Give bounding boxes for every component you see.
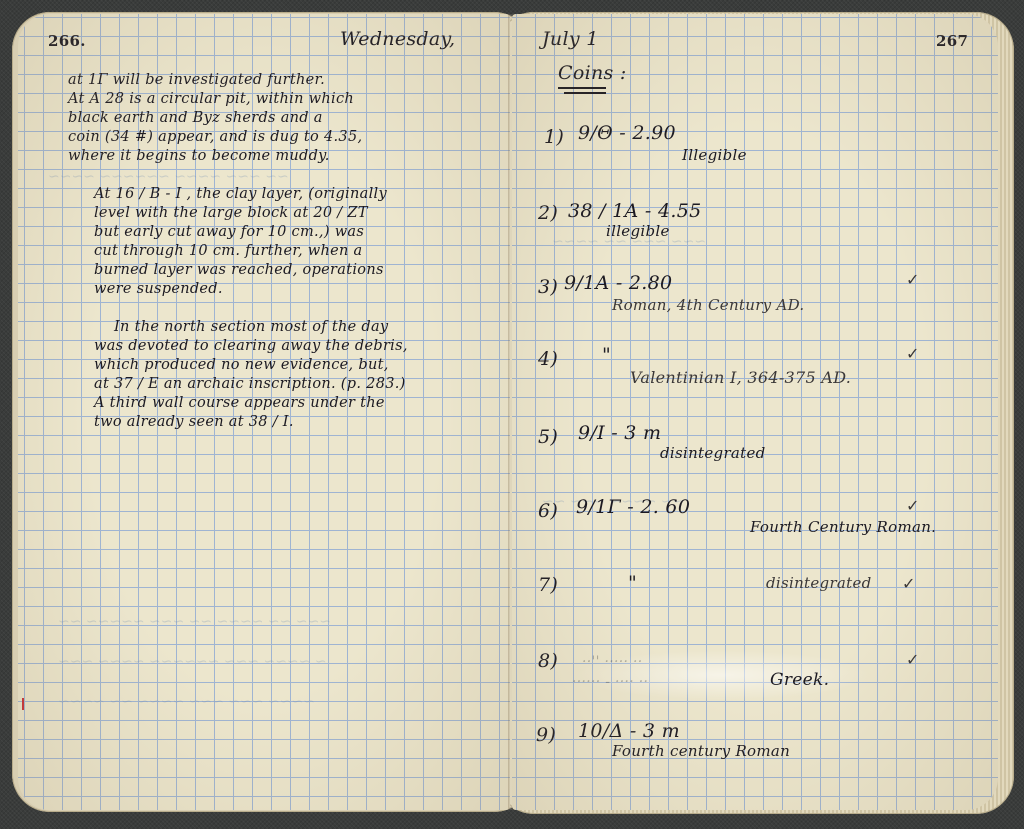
text-line: where it begins to become muddy. (68, 148, 330, 164)
checkmark-icon: ✓ (906, 496, 920, 515)
title-underline (558, 87, 606, 89)
coin-entry-number: 8) (538, 650, 558, 672)
text-line: At 16 / B - I , the clay layer, (origina… (94, 186, 387, 202)
coin-find-location: 10/Δ - 3 m (578, 720, 680, 742)
text-line: level with the large block at 20 / ZT (94, 205, 368, 221)
coin-entry-number: 6) (538, 500, 558, 522)
entry-date: July 1 (542, 28, 599, 50)
checkmark-icon: ✓ (906, 270, 920, 289)
left-page: ~~ ~~~ ~~~~ ~~~~~~ ~~~~ ~~~ ~~ ~~~~ ~~ ~… (18, 14, 510, 810)
coin-entry-number: 1) (544, 126, 564, 148)
coin-note: Roman, 4th Century AD. (612, 296, 805, 314)
coin-find-location: 9/1A - 2.80 (564, 272, 672, 294)
text-line: A third wall course appears under the (94, 395, 385, 411)
text-line: were suspended. (94, 281, 223, 297)
text-line: black earth and Byz sherds and a (68, 110, 323, 126)
coin-entry-number: 5) (538, 426, 558, 448)
red-margin-mark (22, 698, 24, 710)
coin-entry-number: 9) (536, 724, 556, 746)
coin-find-location: " (602, 344, 611, 366)
text-line: two already seen at 38 / I. (94, 414, 294, 430)
checkmark-icon: ✓ (906, 650, 920, 669)
coin-note: Illegible (682, 146, 747, 164)
page-number: 266. (48, 32, 86, 50)
text-line: at 1Γ will be investigated further. (68, 72, 325, 88)
coin-note: disintegrated (766, 574, 872, 592)
checkmark-icon: ✓ (902, 574, 916, 593)
coin-find-location: " (628, 572, 637, 594)
page-number: 267 (936, 32, 968, 50)
coin-find-location: 9/I - 3 m (578, 422, 661, 444)
coin-note: Greek. (770, 670, 829, 690)
text-line: In the north section most of the day (114, 319, 388, 335)
text-line: At A 28 is a circular pit, within which (68, 91, 354, 107)
coin-find-location: 38 / 1A - 4.55 (568, 200, 701, 222)
coin-note: Fourth Century Roman. (750, 518, 936, 536)
coin-find-location: 9/Θ - 2.90 (578, 122, 676, 144)
coin-note: Fourth century Roman (612, 742, 790, 760)
coin-find-location: 9/1Γ - 2. 60 (576, 496, 690, 518)
text-line: at 37 / E an archaic inscription. (p. 28… (94, 376, 406, 392)
coin-note: Valentinian I, 364-375 AD. (630, 368, 851, 387)
coins-title: Coins : (558, 62, 627, 84)
text-line: but early cut away for 10 cm.,) was (94, 224, 364, 240)
text-line: was devoted to clearing away the debris, (94, 338, 408, 354)
text-line: burned layer was reached, operations (94, 262, 384, 278)
coin-note: illegible (606, 222, 670, 240)
text-line: coin (34 #) appear, and is dug to 4.35, (68, 129, 362, 145)
coin-entry-number: 3) (538, 276, 558, 298)
show-through-text: ~~ ~~~ ~~~~ ~~~~~~ ~~~~ (48, 169, 289, 185)
coin-entry-number: 7) (538, 574, 558, 596)
title-underline (564, 92, 606, 94)
text-line: cut through 10 cm. further, when a (94, 243, 363, 259)
erased-text: ······ - ···· ·· (572, 674, 648, 690)
right-page: ~~~ ~~~ ~~ ~~~~ ~~ ~~~~ ~~~ ~~ July 1 26… (512, 14, 998, 810)
show-through-text: ~ ~~~~ ~~~ ~~~~~~ ~~~~ ~~~ (58, 654, 327, 670)
checkmark-icon: ✓ (906, 344, 920, 363)
coin-entry-number: 2) (538, 202, 558, 224)
show-through-text: ~~~ ~~ ~~~~ ~~ ~~~ ~~~~~ ~~ (58, 614, 331, 630)
erased-text: ··'' ····· ·· (582, 654, 643, 670)
show-through-text: ~~~~ ~~~ ~~~ ~~~~ ~~ ~~~~ (58, 694, 315, 710)
coin-entry-number: 4) (538, 348, 558, 370)
coin-note: disintegrated (660, 444, 766, 462)
text-line: which produced no new evidence, but, (94, 357, 389, 373)
day-heading: Wednesday, (340, 28, 455, 50)
